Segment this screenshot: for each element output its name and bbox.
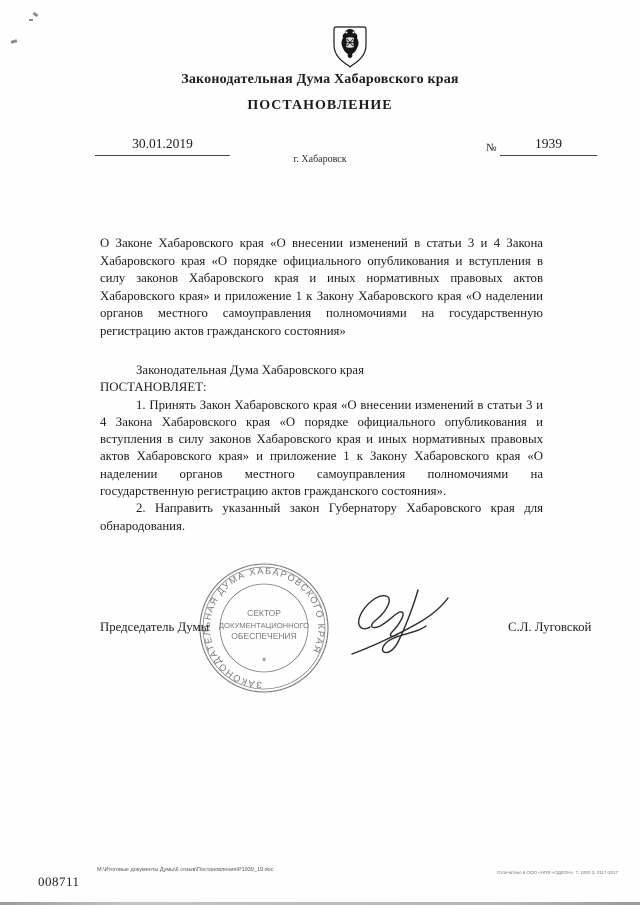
scan-artifact — [33, 12, 39, 17]
signer-position: Председатель Думы — [100, 620, 209, 635]
scan-artifact — [29, 19, 33, 21]
organization-name: Законодательная Дума Хабаровского края — [0, 72, 640, 88]
document-date: 30.01.2019 — [95, 136, 230, 156]
stamp-center-line3: ОБЕСПЕЧЕНИЯ — [231, 631, 297, 641]
official-round-stamp: ЗАКОНОДАТЕЛЬНАЯ ДУМА ХАБАРОВСКОГО КРАЯ С… — [196, 560, 332, 696]
body-item-1: 1. Принять Закон Хабаровского края «О вн… — [100, 397, 543, 501]
body-item-2: 2. Направить указанный закон Губернатору… — [100, 500, 543, 535]
scan-artifact — [11, 39, 18, 43]
print-shop-footnote: Отпечатано в ООО «НПФ «ОДЕОН». Т. 1000 З… — [497, 870, 617, 875]
file-path-footnote: М:\Итоговые документы Думы\6 созыв\Поста… — [97, 867, 273, 873]
handwritten-signature — [348, 582, 468, 667]
coat-of-arms-icon — [318, 26, 382, 68]
document-type-title: ПОСТАНОВЛЕНИЕ — [0, 98, 640, 114]
signer-name: С.Л. Луговской — [508, 620, 591, 635]
document-page: Законодательная Дума Хабаровского края П… — [0, 0, 640, 905]
stamp-center-line1: СЕКТОР — [247, 608, 281, 618]
stamp-bottom-star: ✶ — [261, 656, 267, 664]
registration-number: 008711 — [38, 874, 80, 890]
document-title-paragraph: О Законе Хабаровского края «О внесении и… — [100, 235, 543, 341]
document-body: Законодательная Дума Хабаровского края П… — [100, 362, 543, 535]
body-resolves: ПОСТАНОВЛЯЕТ: — [100, 379, 543, 396]
number-sign: № — [486, 142, 497, 154]
body-intro: Законодательная Дума Хабаровского края — [100, 362, 543, 379]
document-number: 1939 — [500, 136, 597, 156]
stamp-center-line2: ДОКУМЕНТАЦИОННОГО — [219, 621, 309, 630]
